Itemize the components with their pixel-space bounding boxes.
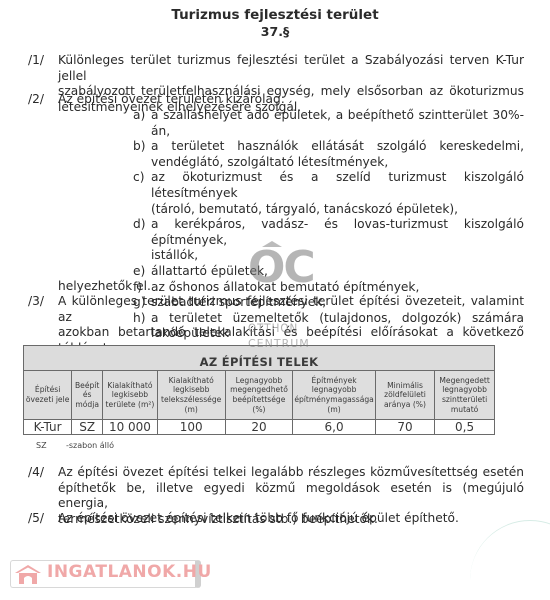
text-line: Az építési övezet építési telkei legaláb…: [58, 465, 524, 481]
text-line: építhetők be, illetve egyedi közmű megol…: [58, 481, 524, 512]
building-plot-table: AZ ÉPÍTÉSI TELEK Építési övezeti jele Be…: [23, 345, 495, 435]
item-label: e): [133, 264, 145, 280]
item-label: d): [133, 217, 146, 233]
paragraph-closing: helyezhetők el.: [58, 279, 151, 295]
table-cell: 10 000: [103, 420, 158, 435]
item-label: b): [133, 139, 146, 155]
table-cell: SZ: [72, 420, 103, 435]
item-text: a szálláshelyet adó épületek, a beépíthe…: [151, 108, 524, 138]
paragraph-number: /5/: [28, 511, 44, 527]
paragraph-2: /2/ Az építési övezet területén kizáróla…: [28, 92, 524, 108]
column-header: Építési övezeti jele: [24, 371, 72, 420]
text-line: Az építési övezet építési telkein több f…: [58, 511, 459, 525]
paragraph-5: /5/ Az építési övezet építési telkein tö…: [28, 511, 524, 527]
paragraph-number: /4/: [28, 465, 44, 481]
table-cell: 70: [375, 420, 434, 435]
footnote-meaning: -szabon álló: [66, 441, 114, 450]
item-text: (tároló, bemutató, tárgyaló, tanácskozó …: [151, 202, 458, 216]
list-item: a)a szálláshelyet adó épületek, a beépít…: [133, 108, 524, 139]
paragraph-number: /1/: [28, 53, 44, 69]
list-item: f)az őshonos állatokat bemutató építmény…: [133, 280, 524, 296]
item-label: a): [133, 108, 145, 124]
column-header: Megengedett legnagyobb szintterületi mut…: [435, 371, 495, 420]
brand-watermark: INGATLANOK.HU: [10, 560, 201, 588]
item-text: a területet használók ellátását szolgáló…: [151, 139, 524, 155]
list-item: d)a kerékpáros, vadász- és lovas-turizmu…: [133, 217, 524, 264]
paragraph-number: /3/: [28, 294, 44, 310]
column-header: Legnagyobb megengedhető beépítettsége (%…: [225, 371, 293, 420]
column-header: Minimális zöldfelületi aránya (%): [375, 371, 434, 420]
table-cell: 20: [225, 420, 293, 435]
paragraph-number: /2/: [28, 92, 44, 108]
column-header: Beépít és módja: [72, 371, 103, 420]
column-header: Kialakítható legkisebb telekszélessége (…: [157, 371, 225, 420]
table-cell: 100: [157, 420, 225, 435]
item-text: vendéglátó, szolgáltató létesítmények,: [151, 155, 388, 169]
table-cell: K-Tur: [24, 420, 72, 435]
item-text: a kerékpáros, vadász- és lovas-turizmust…: [151, 217, 524, 248]
column-header: Kialakítható legkisebb területe (m²): [103, 371, 158, 420]
decorative-arc: [470, 520, 550, 600]
item-text: istállók,: [151, 248, 198, 262]
section-number: 37.§: [0, 24, 550, 39]
page-title: Turizmus fejlesztési terület: [0, 7, 550, 23]
paragraph-intro: Az építési övezet területén kizárólag:: [58, 92, 285, 106]
table-row: K-Tur SZ 10 000 100 20 6,0 70 0,5: [24, 420, 495, 435]
list-item: c)az ökoturizmust és a szelíd turizmust …: [133, 170, 524, 217]
table-cell: 6,0: [293, 420, 376, 435]
brand-text: INGATLANOK.HU: [47, 562, 212, 582]
watermark-text-2: CENTRUM: [248, 337, 310, 350]
table-cell: 0,5: [435, 420, 495, 435]
house-icon: [14, 564, 42, 584]
list-item: e)állattartó épületek,: [133, 264, 524, 280]
item-text: az ökoturizmust és a szelíd turizmust ki…: [151, 170, 524, 201]
item-label: c): [133, 170, 144, 186]
footnote-abbr: SZ: [36, 441, 47, 450]
watermark-text-1: OTTHON: [248, 321, 298, 335]
watermark-logo: OC: [248, 246, 314, 290]
text-line: Különleges terület turizmus fejlesztési …: [58, 53, 524, 84]
list-item: b)a területet használók ellátását szolgá…: [133, 139, 524, 170]
column-header: Építmények legnagyobb építménymagassága …: [293, 371, 376, 420]
